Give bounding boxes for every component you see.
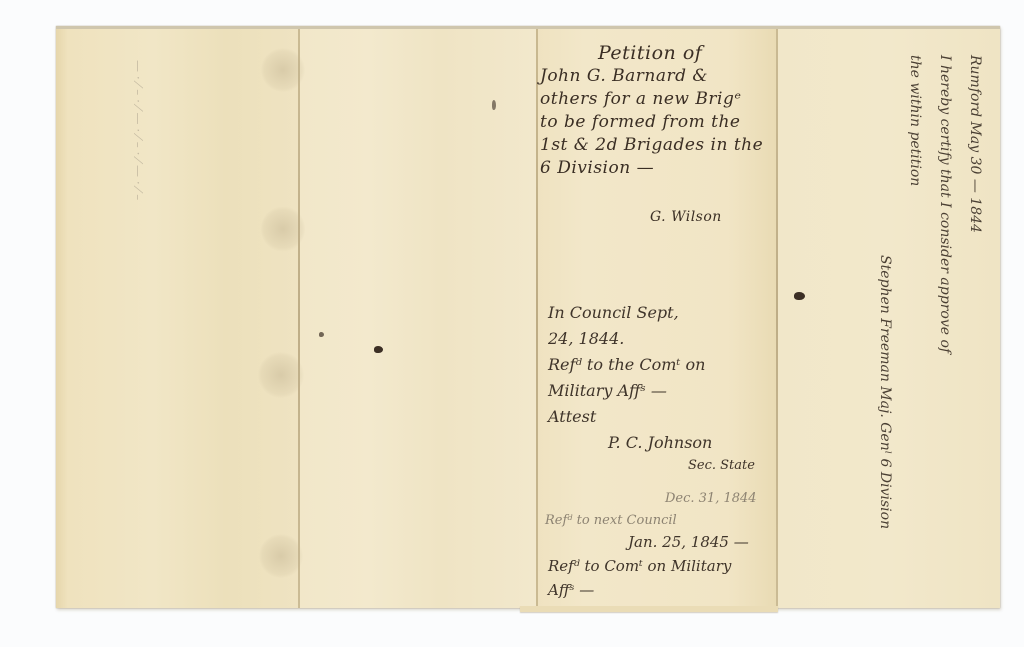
- later-note: Jan. 25, 1845 — Refᵈ to Comᵗ on Military…: [548, 530, 749, 602]
- ink-spot: [492, 100, 496, 110]
- docket-title: Petition of: [540, 42, 763, 65]
- endorsement-line: I hereby certify that I consider approve…: [930, 55, 960, 529]
- council-line: 24, 1844.: [548, 326, 755, 352]
- bottom-flap: [520, 606, 778, 612]
- ink-spot: [794, 292, 805, 300]
- panel-center-left: [298, 29, 536, 608]
- council-note: In Council Sept, 24, 1844. Refᵈ to the C…: [548, 300, 755, 476]
- wax-stain: [261, 206, 305, 252]
- docket-signature: G. Wilson: [540, 206, 763, 229]
- docket-line: John G. Barnard &: [540, 65, 763, 88]
- fold-line: [776, 29, 778, 608]
- council-signature: P. C. Johnson: [548, 430, 755, 456]
- docket-title-block: Petition of John G. Barnard & others for…: [540, 42, 763, 229]
- endorsement-signature: Stephen Freeman Maj. Genˡ 6 Division: [870, 55, 900, 529]
- endorsement-line: Rumford May 30 — 1844: [960, 55, 990, 529]
- wax-stain: [258, 352, 304, 398]
- bleed-through-text: — · ⁄ – · ⁄ — · ⁄ – · ⁄ — · ⁄ –: [131, 60, 145, 200]
- council-line: Attest: [548, 404, 755, 430]
- faded-line: Refᵈ to next Council: [545, 510, 757, 532]
- later-line: Refᵈ to Comᵗ on Military: [548, 554, 749, 578]
- wax-stain: [261, 48, 305, 92]
- docket-line: others for a new Brigᵉ: [540, 88, 763, 111]
- council-line: Refᵈ to the Comᵗ on: [548, 352, 755, 378]
- docket-line: 6 Division —: [540, 157, 763, 180]
- endorsement-block: Rumford May 30 — 1844 I hereby certify t…: [870, 55, 990, 529]
- docket-line: 1st & 2d Brigades in the: [540, 134, 763, 157]
- wax-stain: [259, 534, 303, 578]
- later-line: Jan. 25, 1845 —: [548, 530, 749, 554]
- council-title: Sec. State: [548, 456, 755, 476]
- fold-line: [536, 29, 538, 608]
- manuscript-sheet: [56, 26, 1000, 608]
- council-line: In Council Sept,: [548, 300, 755, 326]
- faded-note: Dec. 31, 1844 Refᵈ to next Council: [545, 488, 757, 532]
- council-line: Military Affˢ —: [548, 378, 755, 404]
- later-line: Affˢ —: [548, 578, 749, 602]
- ink-spot: [319, 332, 324, 337]
- docket-line: to be formed from the: [540, 111, 763, 134]
- panel-left: [56, 29, 298, 608]
- ink-spot: [374, 346, 383, 353]
- endorsement-line: the within petition: [900, 55, 930, 529]
- fold-line: [298, 29, 300, 608]
- faded-line: Dec. 31, 1844: [545, 488, 757, 510]
